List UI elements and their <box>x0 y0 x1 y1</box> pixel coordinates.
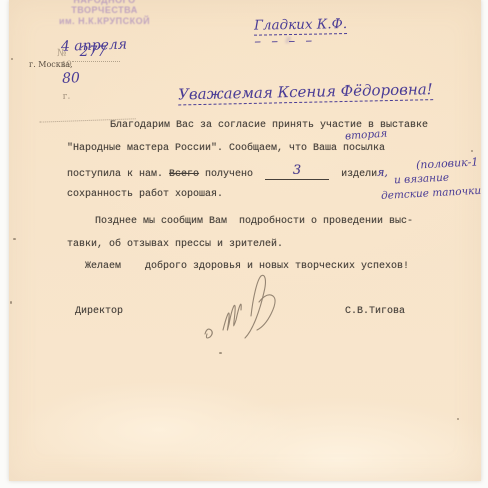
number-label: № <box>57 48 66 59</box>
body-p2-line1: Позднее мы сообщим Вам подробности о про… <box>95 216 413 227</box>
signature-scribble <box>195 268 305 350</box>
city-label: г. Москва, <box>29 60 73 69</box>
line3-pre: поступила к нам. <box>67 169 169 180</box>
salutation-line: Уважаемая Ксения Фёдоровна! <box>158 62 433 122</box>
body-p2-line2: тавки, об отзывах прессы и зрителей. <box>67 239 283 250</box>
margin-note-line1: (половик-1 <box>416 155 479 171</box>
ink-smudge: г <box>285 33 301 45</box>
body-p1-line4: сохранность работ хорошая. <box>67 189 223 200</box>
scanned-letter-screenshot: { "document": { "stamp": { "line1": "НАР… <box>0 0 488 488</box>
margin-note-line3: детские тапочки-2) <box>381 184 481 202</box>
director-title: Директор <box>75 306 123 317</box>
scan-speck <box>471 150 473 152</box>
number-value: 277 <box>72 44 121 62</box>
scan-speck <box>10 301 12 304</box>
salutation-text: Уважаемая Ксения Фёдоровна! <box>178 80 433 105</box>
line3-post: издели <box>341 169 377 180</box>
year-suffix: г. <box>63 92 71 102</box>
scan-speck <box>13 238 16 240</box>
scan-speck <box>11 58 13 60</box>
margin-note-line2: и вязание <box>394 172 450 187</box>
struck-word: Всего <box>169 169 199 180</box>
scan-speck <box>457 418 459 420</box>
blank-handwritten-value: 3 <box>293 163 301 178</box>
date-line: 4 апреля 19 80 г. <box>36 20 135 122</box>
line3-mid: получено <box>199 169 265 180</box>
body-p1-line3: поступила к нам. Всего получено 3 издели… <box>67 166 388 180</box>
scan-speck <box>219 352 222 354</box>
director-name: С.В.Тигова <box>345 306 405 317</box>
year-handwritten: 80 <box>62 70 80 87</box>
insert-word-vtoraya: вторая <box>345 128 388 143</box>
body-p1-line2: "Народные мастера России". Сообщаем, что… <box>67 143 385 154</box>
letter-page: НАРОДНОГО ТВОРЧЕСТВА им. Н.К.КРУПСКОЙ 4 … <box>9 0 481 481</box>
line3-gap <box>329 169 341 180</box>
stamp-line-1: НАРОДНОГО ТВОРЧЕСТВА <box>42 0 167 16</box>
fill-in-blank: 3 <box>265 167 329 180</box>
number-line: № 277 <box>57 41 120 60</box>
overwrite-letter: я, <box>377 166 388 179</box>
